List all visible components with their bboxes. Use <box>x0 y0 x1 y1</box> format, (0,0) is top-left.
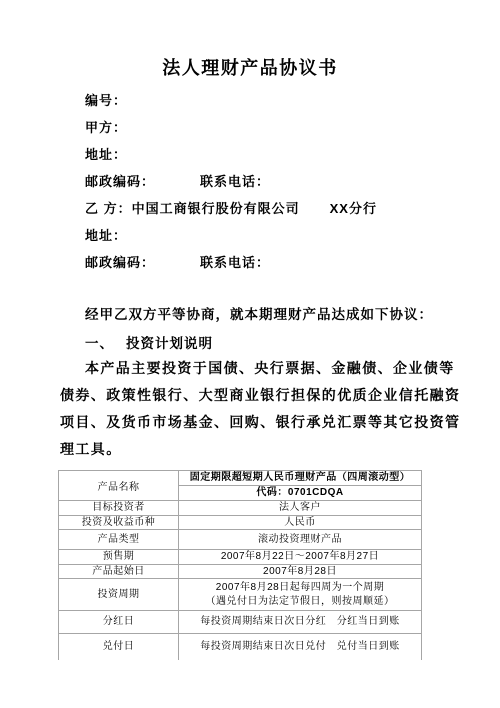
table-row: 预售期 2007年8月22日～2007年8月27日 <box>59 550 422 565</box>
table-row: 投资及收益币种 人民币 <box>59 515 422 530</box>
party-a-contact-line: 邮政编码： 联系电话： <box>85 167 500 194</box>
table-cell-label: 兑付日 <box>59 634 179 660</box>
product-details-table: 产品名称 固定期限超短期人民币理财产品（四周滚动型） 代码：0701CDQA 目… <box>58 470 422 660</box>
table-row: 产品名称 固定期限超短期人民币理财产品（四周滚动型） <box>59 471 422 486</box>
table-cell-value: 2007年8月28日起每四周为一个周期 （遇兑付日为法定节假日，则按周顺延） <box>179 579 422 611</box>
section-1-body-line: 项目、及货币市场基金、回购、银行承兑汇票等其它投资管 <box>60 409 500 436</box>
party-a-name-label: 甲方： <box>85 117 127 136</box>
table-cell-label: 产品名称 <box>59 471 179 501</box>
document-page: 法人理财产品协议书 编号： 甲方： 地址： 邮政编码： 联系电话： 乙 方： 中… <box>0 0 500 708</box>
party-a-name-line: 甲方： <box>85 113 500 140</box>
table-cell-label: 投资周期 <box>59 579 179 611</box>
section-1-heading: 一、 投资计划说明 <box>85 328 500 355</box>
party-a-address-label: 地址： <box>85 144 127 163</box>
table-cell-value: 2007年8月22日～2007年8月27日 <box>179 550 422 565</box>
party-b-contact-line: 邮政编码： 联系电话： <box>85 248 500 275</box>
table-cell-product-name: 固定期限超短期人民币理财产品（四周滚动型） <box>179 471 422 486</box>
party-b-name-line: 乙 方： 中国工商银行股份有限公司 XX分行 <box>85 194 500 221</box>
table-cell-value: 法人客户 <box>179 501 422 516</box>
section-1-body-line: 债券、政策性银行、大型商业银行担保的优质企业信托融资 <box>60 382 500 409</box>
table-cell-product-code: 代码：0701CDQA <box>179 486 422 501</box>
party-b-phone-label: 联系电话： <box>200 252 270 271</box>
table-row: 目标投资者 法人客户 <box>59 501 422 516</box>
party-a-address-line: 地址： <box>85 140 500 167</box>
table-row: 产品类型 滚动投资理财产品 <box>59 530 422 550</box>
table-cell-label: 目标投资者 <box>59 501 179 516</box>
section-1-body-line: 本产品主要投资于国债、央行票据、金融债、企业债等 <box>85 355 500 382</box>
table-row: 产品起始日 2007年8月28日 <box>59 564 422 579</box>
investment-cycle-line-2: （遇兑付日为法定节假日，则按周顺延） <box>181 595 419 609</box>
table-cell-value: 人民币 <box>179 515 422 530</box>
table-cell-label: 预售期 <box>59 550 179 565</box>
party-a-postcode-label: 邮政编码： <box>85 171 200 190</box>
document-title: 法人理财产品协议书 <box>0 58 500 78</box>
table-cell-label: 产品起始日 <box>59 564 179 579</box>
party-fields: 编号： 甲方： 地址： 邮政编码： 联系电话： 乙 方： 中国工商银行股份有限公… <box>0 86 500 275</box>
party-b-name-label: 乙 方： <box>85 198 132 217</box>
section-1-number: 一、 <box>85 332 114 352</box>
party-a-number-line: 编号： <box>85 86 500 113</box>
table-cell-label: 产品类型 <box>59 530 179 550</box>
table-cell-value: 滚动投资理财产品 <box>179 530 422 550</box>
party-a-number-label: 编号： <box>85 90 127 109</box>
table-cell-value: 每投资周期结束日次日分红 分红当日到账 <box>179 611 422 634</box>
party-b-branch: XX分行 <box>330 198 377 217</box>
party-b-address-label: 地址： <box>85 225 127 244</box>
party-b-name-value: 中国工商银行股份有限公司 <box>132 198 300 217</box>
section-1-title: 投资计划说明 <box>126 332 213 352</box>
table-cell-label: 投资及收益币种 <box>59 515 179 530</box>
table-cell-label: 分红日 <box>59 611 179 634</box>
table-cell-value: 每投资周期结束日次日兑付 兑付当日到账 <box>179 634 422 660</box>
party-b-address-line: 地址： <box>85 221 500 248</box>
section-1-body-line: 理工具。 <box>60 436 500 463</box>
table-cell-value: 2007年8月28日 <box>179 564 422 579</box>
party-a-phone-label: 联系电话： <box>200 171 270 190</box>
investment-cycle-line-1: 2007年8月28日起每四周为一个周期 <box>181 581 419 595</box>
table-row: 投资周期 2007年8月28日起每四周为一个周期 （遇兑付日为法定节假日，则按周… <box>59 579 422 611</box>
agreement-preamble: 经甲乙双方平等协商，就本期理财产品达成如下协议： <box>85 301 500 328</box>
table-row: 兑付日 每投资周期结束日次日兑付 兑付当日到账 <box>59 634 422 660</box>
table-row: 分红日 每投资周期结束日次日分红 分红当日到账 <box>59 611 422 634</box>
party-b-postcode-label: 邮政编码： <box>85 252 200 271</box>
